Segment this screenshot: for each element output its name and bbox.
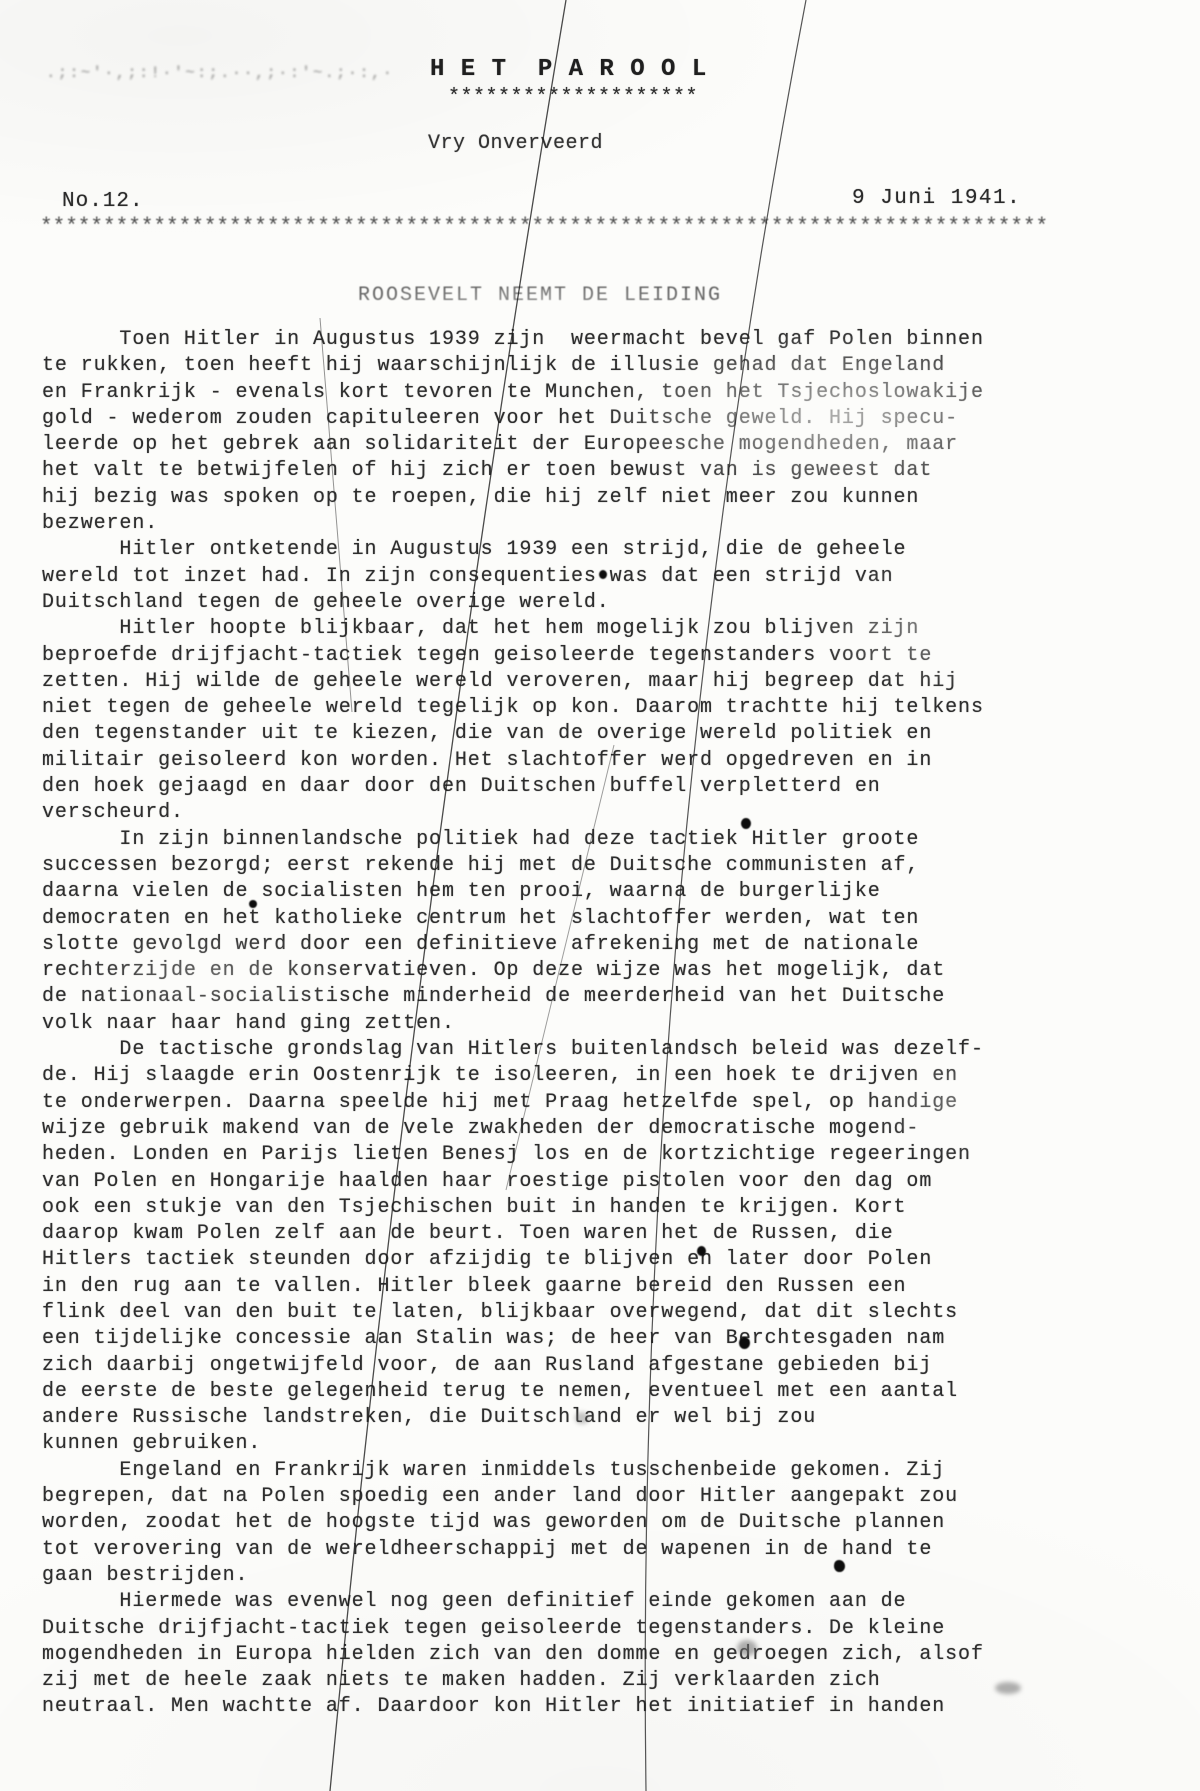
fold-creases [0,0,1200,1791]
fold-crease-left [330,0,566,1791]
fold-crease-upper [320,318,352,712]
fold-crease-middle [506,745,614,1190]
scanned-newspaper-page: .;:~'·,;:!·'~:;.··,;·:'~.;·:,·;~.''·:;~,… [0,0,1200,1791]
fold-crease-right [645,0,806,1791]
